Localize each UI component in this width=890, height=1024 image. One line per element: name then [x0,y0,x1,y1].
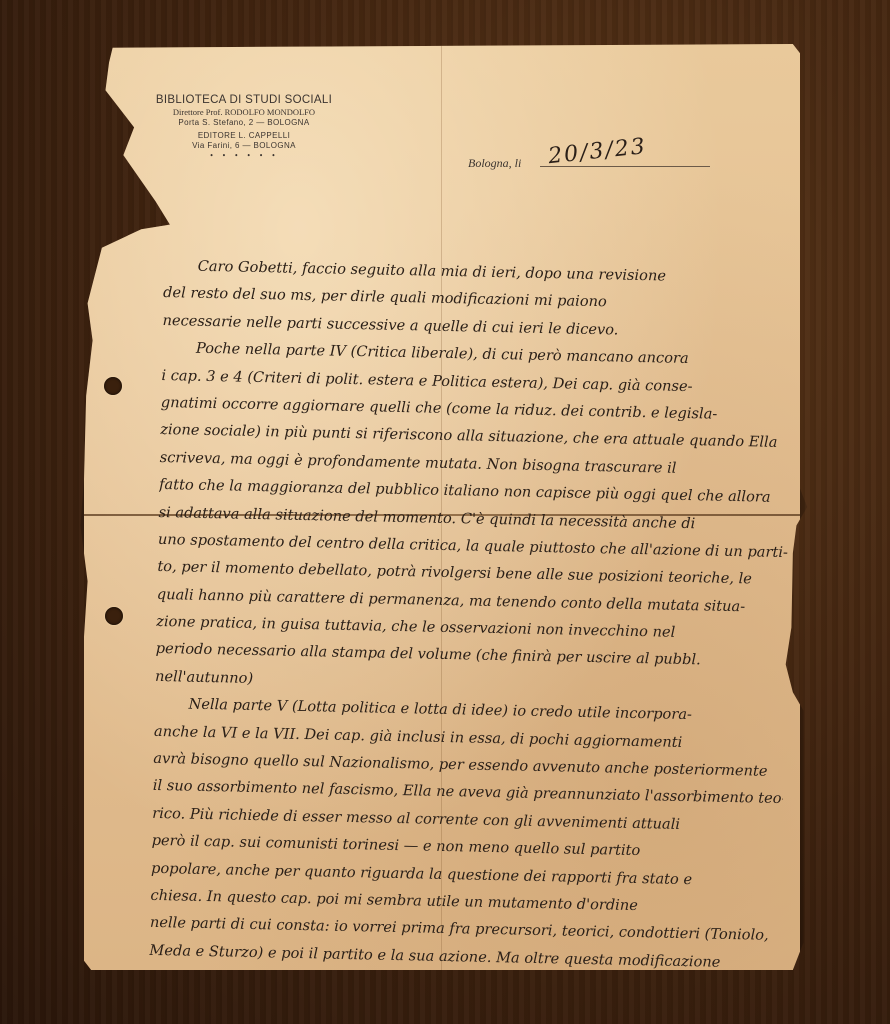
punch-hole-upper [104,377,122,395]
handwritten-letter-body: Caro Gobetti, faccio seguito alla mia di… [149,252,794,977]
publisher-address: Via Farini, 6 — BOLOGNA [124,141,364,150]
place-label: Bologna, li [468,156,521,170]
institution-name: BIBLIOTECA DI STUDI SOCIALI [124,94,364,106]
handwritten-date: 20/3/23 [547,132,669,169]
institution-address: Porta S. Stefano, 2 — BOLOGNA [124,118,364,127]
director-line: Direttore Prof. RODOLFO MONDOLFO [124,107,364,117]
letter-sheet: BIBLIOTECA DI STUDI SOCIALI Direttore Pr… [84,44,800,970]
letterhead: BIBLIOTECA DI STUDI SOCIALI Direttore Pr… [124,94,364,160]
punch-hole-lower [105,607,123,625]
dateline: Bologna, li 20/3/23 [468,152,521,171]
ornament-dots: • • • • • • [124,152,364,160]
publisher-name: EDITORE L. CAPPELLI [124,131,364,140]
